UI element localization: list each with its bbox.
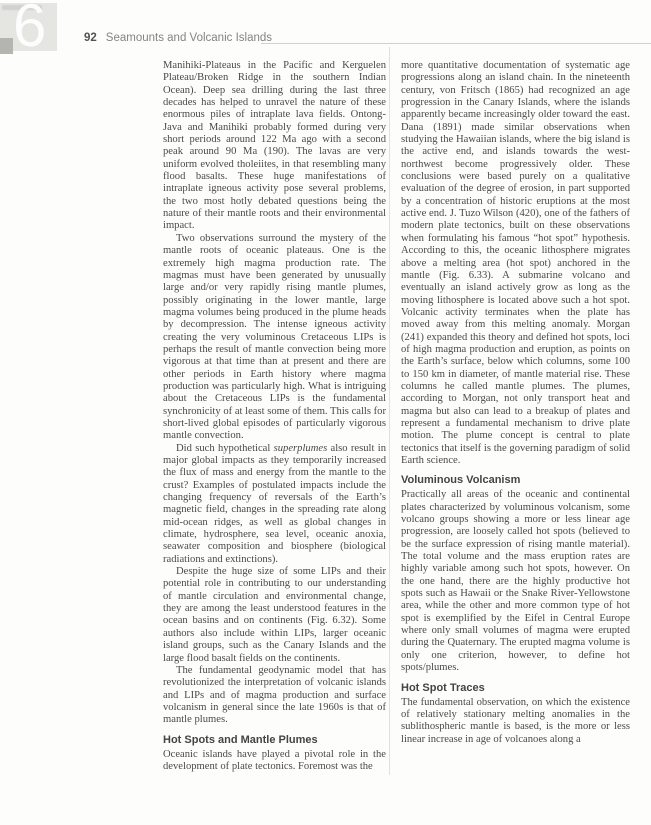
column-left: Manihiki-Plateaus in the Pacific and Ker…	[163, 60, 386, 773]
paragraph: Did such hypothetical superplumes also r…	[163, 443, 386, 566]
section-heading-hot-spot-traces: Hot Spot Traces	[401, 682, 630, 695]
book-page: 6 92Seamounts and Volcanic Islands Manih…	[0, 0, 651, 825]
paragraph-text: also result in major global impacts as t…	[163, 443, 386, 565]
paragraph: Oceanic islands have played a pivotal ro…	[163, 749, 386, 774]
text-columns: Manihiki-Plateaus in the Pacific and Ker…	[163, 60, 630, 773]
chapter-tab-corner	[0, 38, 13, 54]
running-head: 92Seamounts and Volcanic Islands	[84, 32, 272, 45]
italic-term-superplumes: superplumes	[274, 443, 328, 454]
page-number: 92	[84, 32, 97, 44]
chapter-number: 6	[13, 0, 46, 56]
header-rule	[261, 43, 651, 44]
section-heading-hot-spots-and-mantle-plumes: Hot Spots and Mantle Plumes	[163, 734, 386, 747]
paragraph: The fundamental observation, on which th…	[401, 697, 630, 746]
paragraph: The fundamental geodynamic model that ha…	[163, 665, 386, 727]
column-right: more quantitative documentation of syste…	[401, 60, 630, 773]
paragraph: Manihiki-Plateaus in the Pacific and Ker…	[163, 60, 386, 233]
running-head-title: Seamounts and Volcanic Islands	[106, 32, 272, 44]
paragraph: more quantitative documentation of syste…	[401, 60, 630, 467]
paragraph: Practically all areas of the oceanic and…	[401, 489, 630, 674]
paragraph: Two observations surround the mystery of…	[163, 233, 386, 443]
section-heading-voluminous-volcanism: Voluminous Volcanism	[401, 474, 630, 487]
paragraph-text: Did such hypothetical	[176, 443, 274, 454]
paragraph: Despite the huge size of some LIPs and t…	[163, 566, 386, 665]
